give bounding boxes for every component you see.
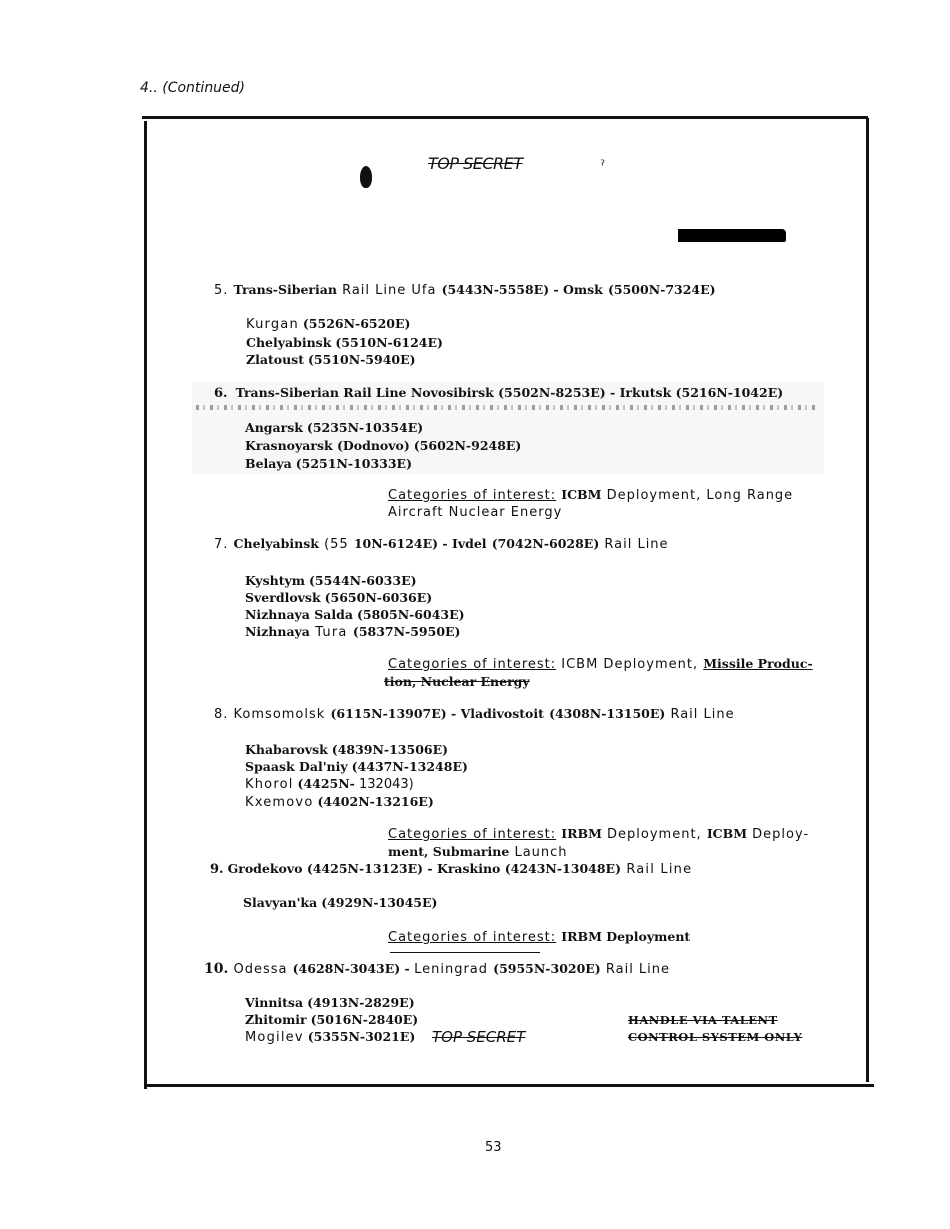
coords: (5355N-3021E) bbox=[308, 1029, 416, 1044]
category-text: Launch bbox=[509, 845, 567, 860]
categories-label: Categories of interest: bbox=[388, 657, 556, 672]
station-name: Kxemovo bbox=[245, 795, 313, 810]
category-text: ICBM Deployment, bbox=[556, 657, 703, 672]
frame-border-bottom bbox=[146, 1084, 874, 1087]
station-name: Angarsk bbox=[245, 420, 303, 435]
coords: (4628N-3043E) bbox=[293, 961, 401, 976]
entry-7-stations: Kyshtym (5544N-6033E) Sverdlovsk (5650N-… bbox=[245, 572, 465, 641]
station-name: Khorol bbox=[245, 777, 294, 792]
station-name: Nizhnaya Salda bbox=[245, 607, 353, 622]
entry-10-route: 10. Odessa (4628N-3043E) - Leningrad (59… bbox=[204, 961, 670, 977]
station: Krasnoyarsk (Dodnovo) (5602N-9248E) bbox=[245, 437, 521, 455]
entry-6-stations: Angarsk (5235N-10354E) Krasnoyarsk (Dodn… bbox=[245, 419, 521, 473]
coords: (5500N-7324E) bbox=[608, 282, 716, 297]
city: Ivdel bbox=[452, 536, 487, 551]
entry-number: 9. bbox=[210, 862, 224, 877]
station-name: Sverdlovsk bbox=[245, 590, 321, 605]
coords: (7042N-6028E) bbox=[492, 536, 600, 551]
city: Leningrad bbox=[414, 962, 488, 977]
coords: (55 bbox=[324, 537, 354, 552]
entry-6-route: 6. Trans-Siberian Rail Line Novosibirsk … bbox=[214, 384, 783, 402]
coords: (4913N-2829E) bbox=[307, 995, 415, 1010]
coords: (6115N-13907E) bbox=[330, 706, 446, 721]
route-text: Grodekovo (4425N-13123E) - Kraskino (424… bbox=[228, 861, 621, 876]
coords: (4437N-13248E) bbox=[352, 759, 468, 774]
entry-10-stations: Vinnitsa (4913N-2829E) Zhitomir (5016N-2… bbox=[245, 994, 418, 1046]
entry-5-stations: Kurgan (5526N-6520E) Chelyabinsk (5510N-… bbox=[246, 315, 443, 369]
route-suffix: Rail Line bbox=[621, 862, 692, 877]
caveat-line: CONTROL SYSTEM ONLY bbox=[628, 1029, 802, 1046]
classification-marking-bottom: TOP SECRET bbox=[432, 1028, 525, 1046]
station: Spaask Dal'niy (4437N-13248E) bbox=[245, 758, 468, 775]
coords: (4308N-13150E) bbox=[549, 706, 665, 721]
station-name: Chelyabinsk bbox=[246, 335, 331, 350]
station: Zhitomir (5016N-2840E) bbox=[245, 1011, 418, 1028]
route-suffix: Rail Line bbox=[665, 707, 734, 722]
frame-border-right bbox=[866, 118, 869, 1082]
station: Sverdlovsk (5650N-6036E) bbox=[245, 589, 465, 606]
coords: (4839N-13506E) bbox=[332, 742, 448, 757]
entry-number: 7. bbox=[214, 537, 228, 552]
entry-number: 10. bbox=[204, 961, 228, 977]
entry-5-route: 5. Trans-Siberian Rail Line Ufa (5443N-5… bbox=[214, 282, 716, 298]
entry-number: 6. bbox=[214, 386, 228, 401]
entry-7-route: 7. Chelyabinsk (55 10N-6124E) - Ivdel (7… bbox=[214, 536, 669, 552]
station: Zlatoust (5510N-5940E) bbox=[246, 351, 443, 369]
city: Vladivostoit bbox=[461, 706, 544, 721]
entry-8-route: 8. Komsomolsk (6115N-13907E) - Vladivost… bbox=[214, 706, 735, 722]
station: Belaya (5251N-10333E) bbox=[245, 455, 521, 473]
coords: (5837N-5950E) bbox=[353, 624, 461, 639]
entry-6-categories: Categories of interest: ICBM Deployment,… bbox=[388, 486, 793, 521]
station: Nizhnaya Salda (5805N-6043E) bbox=[245, 606, 465, 623]
station: Nizhnaya Tura (5837N-5950E) bbox=[245, 623, 465, 641]
category-bold: IRBM Deployment bbox=[561, 929, 690, 944]
category-bold: tion, Nuclear Energy bbox=[384, 673, 813, 690]
rule-line bbox=[390, 952, 540, 953]
station-name: Nizhnaya bbox=[245, 624, 310, 639]
route-suffix: Rail Line bbox=[601, 962, 670, 977]
category-text: Deployment, bbox=[602, 827, 707, 842]
station-name: Slavyan'ka bbox=[243, 895, 317, 910]
categories-label: Categories of interest: bbox=[388, 827, 556, 842]
station-name: Khabarovsk bbox=[245, 742, 328, 757]
entry-9-stations: Slavyan'ka (4929N-13045E) bbox=[243, 894, 437, 912]
ink-blot bbox=[360, 166, 372, 188]
city: Chelyabinsk bbox=[234, 536, 319, 551]
category-text: Aircraft Nuclear Energy bbox=[388, 504, 793, 521]
coords: (5016N-2840E) bbox=[311, 1012, 419, 1027]
scan-noise bbox=[196, 405, 816, 410]
separator: - bbox=[549, 282, 563, 297]
page-number: 53 bbox=[485, 1140, 502, 1155]
category-text: Deployment, Long Range bbox=[601, 488, 793, 503]
station-name: Kyshtym bbox=[245, 573, 305, 588]
coords: (5650N-6036E) bbox=[325, 590, 433, 605]
coords: (4402N-13216E) bbox=[317, 794, 433, 809]
city: Odessa bbox=[234, 962, 288, 977]
station-name: Zlatoust bbox=[246, 352, 304, 367]
coords: 132043) bbox=[355, 777, 414, 792]
redaction-bar bbox=[678, 229, 786, 242]
station-name: Mogilev bbox=[245, 1030, 304, 1045]
categories-label: Categories of interest: bbox=[388, 930, 556, 945]
coords: (5602N-9248E) bbox=[414, 438, 522, 453]
categories-label: Categories of interest: bbox=[388, 488, 556, 503]
station-name: Belaya bbox=[245, 456, 292, 471]
route-suffix: Rail Line bbox=[599, 537, 668, 552]
station: Vinnitsa (4913N-2829E) bbox=[245, 994, 418, 1011]
coords: (5510N-6124E) bbox=[335, 335, 443, 350]
frame-border-left bbox=[144, 121, 147, 1089]
route-text: Rail Line Ufa bbox=[337, 283, 442, 298]
coords: (5955N-3020E) bbox=[493, 961, 601, 976]
category-bold: ment, Submarine bbox=[388, 844, 509, 859]
frame-border-top bbox=[142, 116, 868, 119]
category-bold: ICBM bbox=[561, 487, 601, 502]
entry-8-categories: Categories of interest: IRBM Deployment,… bbox=[388, 825, 809, 861]
coords: (5544N-6033E) bbox=[309, 573, 417, 588]
classification-marking-top: TOP SECRET bbox=[428, 154, 523, 173]
station-name: Kurgan bbox=[246, 317, 299, 332]
category-bold: IRBM bbox=[561, 826, 602, 841]
coords: (5510N-5940E) bbox=[308, 352, 416, 367]
route-text: Trans-Siberian Rail Line Novosibirsk (55… bbox=[236, 385, 784, 400]
category-bold: Missile Produc- bbox=[703, 656, 812, 671]
station: Kyshtym (5544N-6033E) bbox=[245, 572, 465, 589]
station: Mogilev (5355N-3021E) bbox=[245, 1028, 418, 1046]
stray-mark: ˀ bbox=[600, 158, 605, 174]
entry-9-route: 9. Grodekovo (4425N-13123E) - Kraskino (… bbox=[210, 860, 692, 878]
entry-number: 5. bbox=[214, 283, 228, 298]
handling-caveat: HANDLE VIA TALENT CONTROL SYSTEM ONLY bbox=[628, 1012, 802, 1046]
coords: (4929N-13045E) bbox=[321, 895, 437, 910]
station-name: Tura bbox=[310, 625, 353, 640]
station: Angarsk (5235N-10354E) bbox=[245, 419, 521, 437]
entry-7-categories: Categories of interest: ICBM Deployment,… bbox=[388, 655, 813, 690]
station: Kxemovo (4402N-13216E) bbox=[245, 793, 468, 811]
entry-9-categories: Categories of interest: IRBM Deployment bbox=[388, 928, 690, 946]
station-name: Zhitomir bbox=[245, 1012, 307, 1027]
city: Komsomolsk bbox=[234, 707, 326, 722]
city: Omsk bbox=[563, 282, 603, 297]
caveat-line: HANDLE VIA TALENT bbox=[628, 1012, 802, 1029]
separator: - bbox=[438, 536, 452, 551]
station-name: Krasnoyarsk (Dodnovo) bbox=[245, 438, 410, 453]
station-name: Spaask Dal'niy bbox=[245, 759, 348, 774]
station: Kurgan (5526N-6520E) bbox=[246, 315, 443, 334]
category-bold: ICBM bbox=[707, 826, 747, 841]
coords: (5443N-5558E) bbox=[442, 282, 550, 297]
route-name: Trans-Siberian bbox=[234, 282, 337, 297]
station: Khabarovsk (4839N-13506E) bbox=[245, 741, 468, 758]
station: Chelyabinsk (5510N-6124E) bbox=[246, 334, 443, 352]
category-text: Deploy- bbox=[747, 827, 809, 842]
station-name: Vinnitsa bbox=[245, 995, 303, 1010]
separator: - bbox=[400, 961, 414, 976]
page-heading: 4.. (Continued) bbox=[140, 80, 245, 96]
entry-number: 8. bbox=[214, 707, 228, 722]
station: Slavyan'ka (4929N-13045E) bbox=[243, 894, 437, 912]
coords: (5805N-6043E) bbox=[357, 607, 465, 622]
entry-8-stations: Khabarovsk (4839N-13506E) Spaask Dal'niy… bbox=[245, 741, 468, 811]
station: Khorol (4425N- 132043) bbox=[245, 775, 468, 793]
coords: (4425N- bbox=[298, 776, 355, 791]
separator: - bbox=[447, 706, 461, 721]
coords: (5235N-10354E) bbox=[307, 420, 423, 435]
coords: 10N-6124E) bbox=[354, 536, 438, 551]
coords: (5251N-10333E) bbox=[296, 456, 412, 471]
coords: (5526N-6520E) bbox=[303, 316, 411, 331]
